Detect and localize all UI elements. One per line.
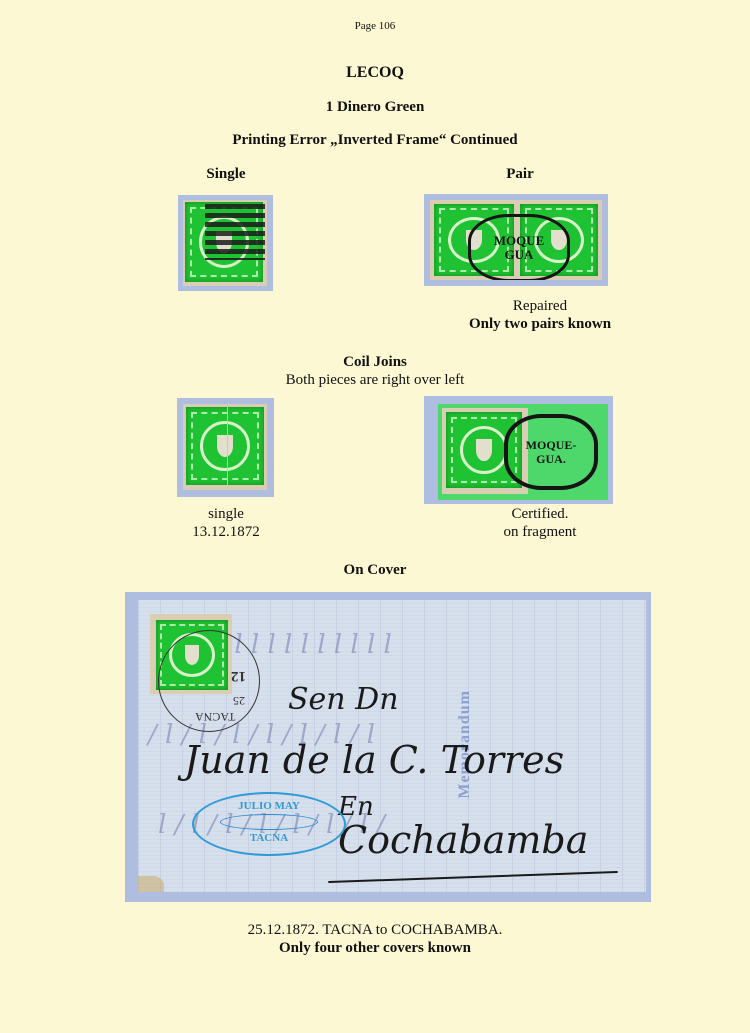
page-subtitle: 1 Dinero Green (0, 99, 750, 116)
on-cover-heading: On Cover (0, 562, 750, 579)
coil-single-caption: single (166, 505, 286, 523)
single-stamp-mount (178, 195, 273, 291)
postmark-text: TACNA (195, 709, 235, 724)
julio-may-handstamp: JULIO MAY TACNA (192, 792, 346, 856)
pair-label: Pair (470, 166, 570, 183)
coil-single-mount (177, 398, 274, 497)
address-line-4: Cochabamba (338, 818, 588, 862)
cancel-text: GUA (505, 248, 534, 262)
fragment-caption-certified: Certified. (420, 505, 660, 523)
handstamp-text: JULIO MAY (194, 800, 344, 812)
coil-join-line (227, 404, 228, 490)
address-line-1: Sen Dn (288, 682, 399, 717)
moquegua-oval-cancel: MOQUE- GUA. (504, 414, 598, 490)
handstamp-text: TACNA (194, 832, 344, 844)
underline-flourish (328, 871, 618, 883)
single-stamp (183, 200, 267, 286)
cancel-text: GUA. (536, 452, 566, 466)
handstamp-lens-icon (220, 814, 318, 830)
fragment-caption: on fragment (420, 523, 660, 541)
cover-caption-known: Only four other covers known (0, 940, 750, 957)
page-title: LECOQ (0, 64, 750, 82)
moquegua-oval-cancel: MOQUE GUA (468, 214, 570, 280)
cancel-text: MOQUE- (526, 438, 577, 452)
stamp-design-icon (186, 407, 264, 485)
section-heading: Printing Error „Inverted Frame“ Continue… (0, 132, 750, 149)
address-line-2: Juan de la C. Torres (184, 738, 564, 782)
pair-stamps: MOQUE GUA (430, 200, 602, 280)
pair-caption-repaired: Repaired (420, 297, 660, 315)
cover-envelope: l l l l l l l l l l l l l l / l / l / l … (138, 600, 646, 892)
tacna-circular-datestamp: TACNA 12 25 (158, 630, 260, 732)
page-number: Page 106 (0, 20, 750, 32)
cancel-text: MOQUE (494, 234, 545, 248)
fragment-mount: MOQUE- GUA. (424, 396, 613, 504)
pair-mount: MOQUE GUA (424, 194, 608, 286)
postmark-day: 25 (233, 693, 245, 708)
coil-joins-heading: Coil Joins (0, 354, 750, 371)
coil-single-date: 13.12.1872 (166, 523, 286, 541)
pair-caption-known: Only two pairs known (420, 315, 660, 333)
postmark-month: 12 (231, 667, 246, 684)
single-label: Single (176, 166, 276, 183)
coil-joins-description: Both pieces are right over left (0, 372, 750, 389)
coil-single-stamp (183, 404, 267, 490)
cover-caption: 25.12.1872. TACNA to COCHABAMBA. (0, 922, 750, 939)
toning-stain (138, 876, 164, 892)
bar-cancel-icon (205, 204, 265, 260)
